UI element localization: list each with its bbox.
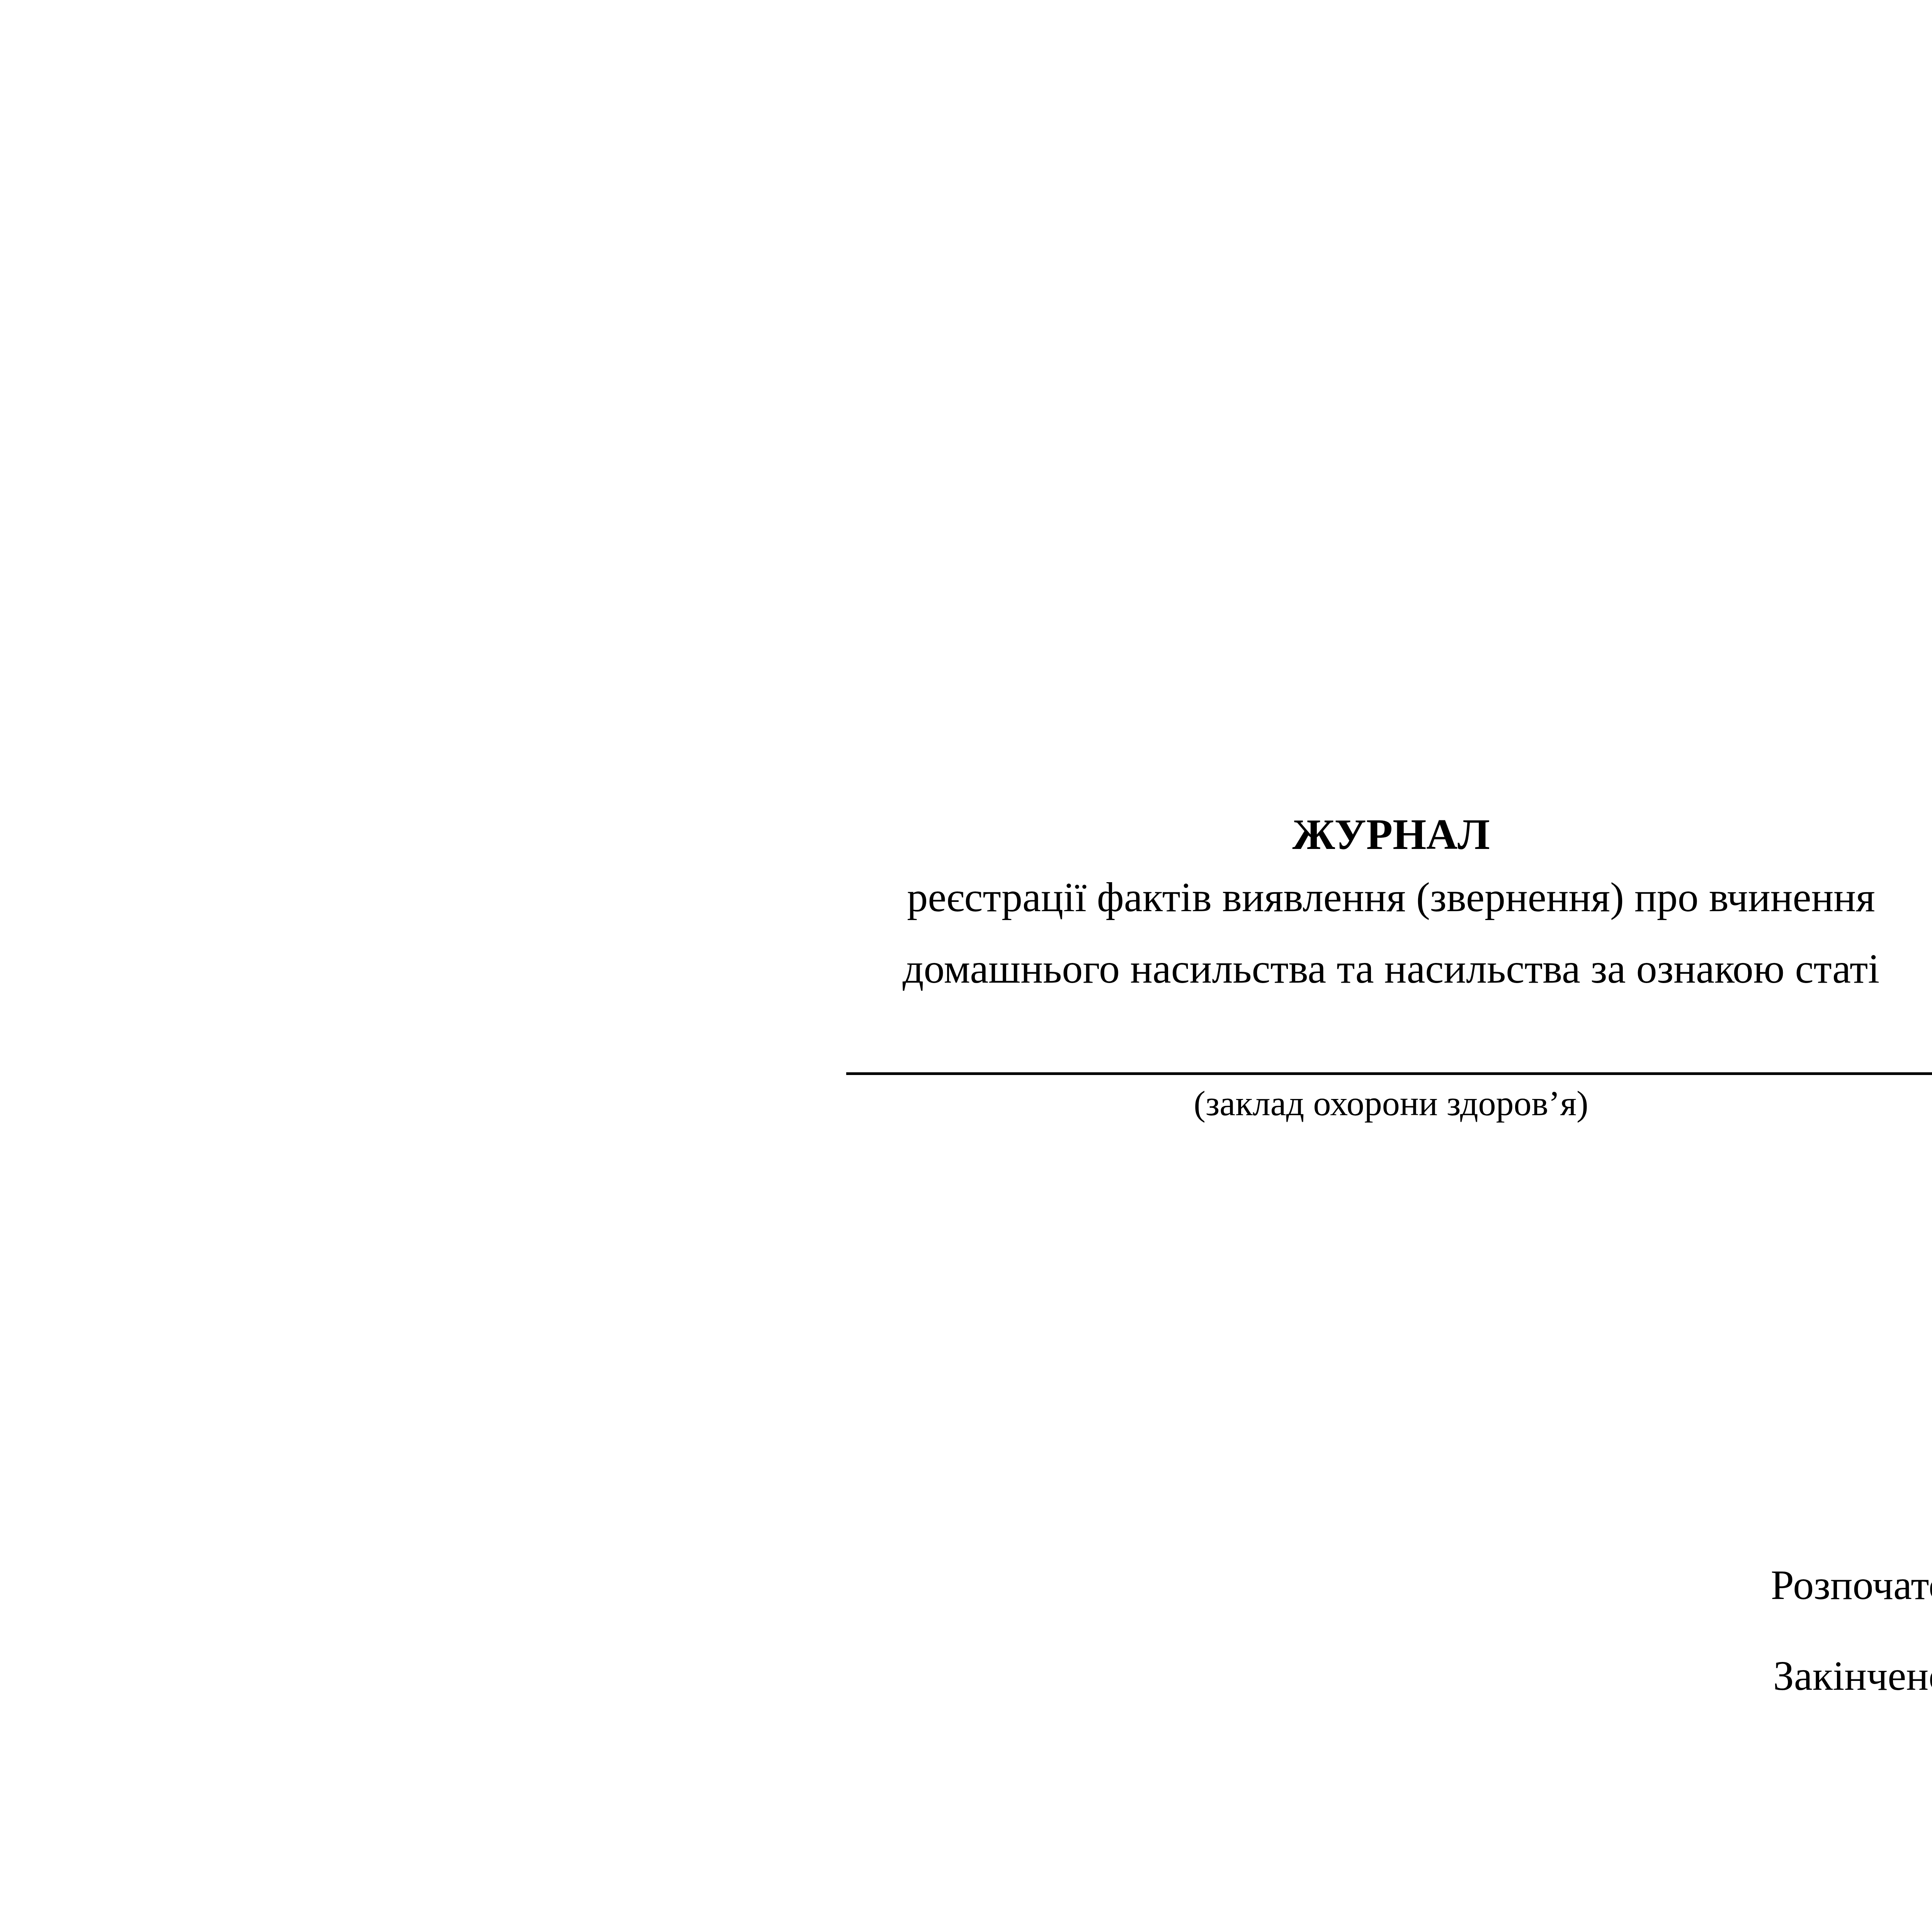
started-date-row: Розпочато«»20року (1771, 1557, 1932, 1613)
finished-label: Закінчено (1773, 1653, 1932, 1699)
journal-title-block: ЖУРНАЛ реєстрації фактів виявлення (звер… (773, 808, 1932, 1005)
started-label: Розпочато (1771, 1562, 1932, 1608)
journal-subtitle-line1: реєстрації фактів виявлення (звернення) … (773, 862, 1932, 933)
institution-field[interactable] (846, 1072, 1932, 1075)
journal-subtitle-line2: домашнього насильства та насильства за о… (773, 933, 1932, 1005)
journal-heading: ЖУРНАЛ (773, 808, 1932, 862)
finished-date-row: Закінчено«»20року (1773, 1648, 1932, 1704)
institution-caption: (заклад охорони здоров’я) (773, 1078, 1932, 1128)
